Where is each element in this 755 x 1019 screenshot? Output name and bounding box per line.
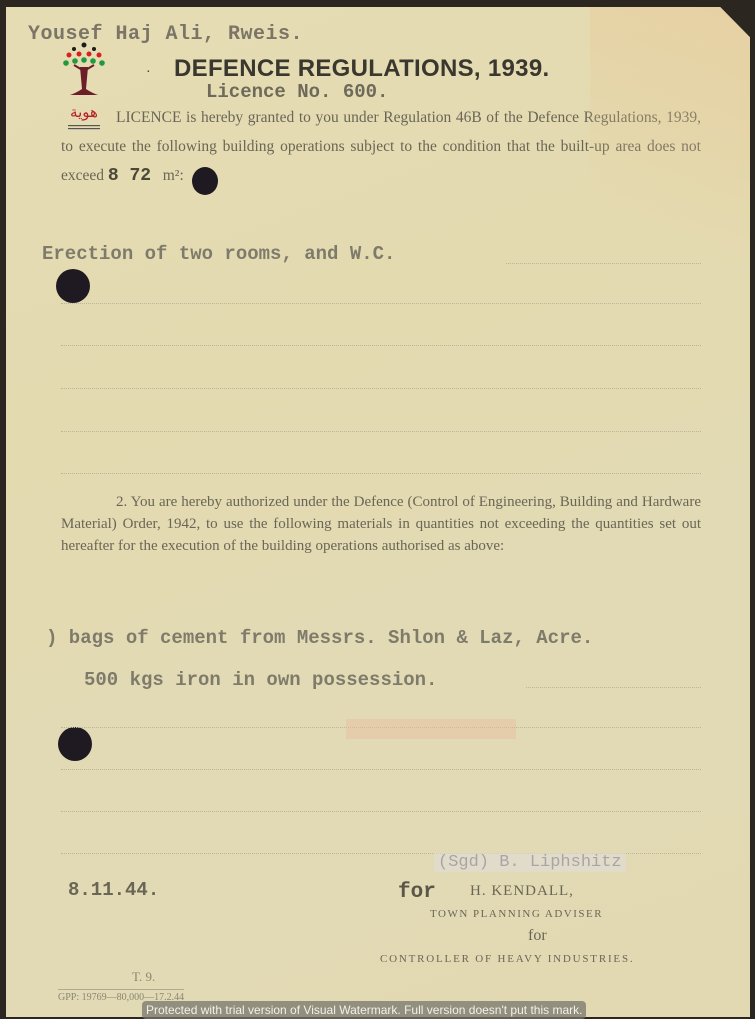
licence-text: LICENCE is hereby granted to you under R… bbox=[61, 109, 701, 184]
paragraph-number: 2. bbox=[116, 494, 127, 510]
watermark-banner: Protected with trial version of Visual W… bbox=[142, 1001, 586, 1019]
authorization-paragraph: 2. You are hereby authorized under the D… bbox=[61, 491, 701, 557]
punch-hole bbox=[58, 727, 92, 761]
area-unit: m²: bbox=[163, 167, 184, 184]
signatory-title: TOWN PLANNING ADVISER bbox=[430, 908, 603, 920]
signature: (Sgd) B. Liphshitz bbox=[434, 853, 626, 872]
document-title: DEFENCE REGULATIONS, 1939. bbox=[174, 55, 549, 83]
dotted-rule bbox=[61, 388, 701, 389]
operation-line: Erection of two rooms, and W.C. bbox=[42, 243, 395, 265]
licence-paragraph: LICENCE is hereby granted to you under R… bbox=[61, 103, 701, 191]
dotted-rule bbox=[61, 473, 701, 474]
dotted-rule bbox=[61, 345, 701, 346]
dotted-rule bbox=[526, 687, 701, 688]
punch-hole bbox=[192, 167, 218, 195]
licence-number: Licence No. 600. bbox=[206, 81, 388, 103]
dotted-rule bbox=[506, 263, 701, 264]
material-line: ) bags of cement from Messrs. Shlon & La… bbox=[46, 627, 593, 649]
dot-mark: · bbox=[146, 65, 151, 81]
material-line: 500 kgs iron in own possession. bbox=[84, 669, 437, 691]
addressee: Yousef Haj Ali, Rweis. bbox=[28, 23, 303, 46]
for-label: for bbox=[398, 881, 436, 904]
punch-hole bbox=[56, 269, 90, 303]
dotted-rule bbox=[61, 769, 701, 770]
signatory-name: H. KENDALL, bbox=[470, 883, 574, 900]
for-label-2: for bbox=[528, 927, 547, 945]
dotted-rule bbox=[61, 303, 701, 304]
form-code: T. 9. bbox=[132, 969, 155, 985]
issue-date: 8.11.44. bbox=[68, 879, 159, 901]
authorization-text: You are hereby authorized under the Defe… bbox=[61, 494, 701, 554]
faded-stamp bbox=[346, 719, 516, 739]
issuing-authority: CONTROLLER OF HEAVY INDUSTRIES. bbox=[380, 953, 634, 965]
area-value: 8 72 bbox=[108, 166, 151, 186]
dotted-rule bbox=[61, 431, 701, 432]
dotted-rule bbox=[61, 811, 701, 812]
licence-document: هوية Yousef Haj Ali, Rweis. · DEFENCE RE… bbox=[6, 7, 750, 1017]
